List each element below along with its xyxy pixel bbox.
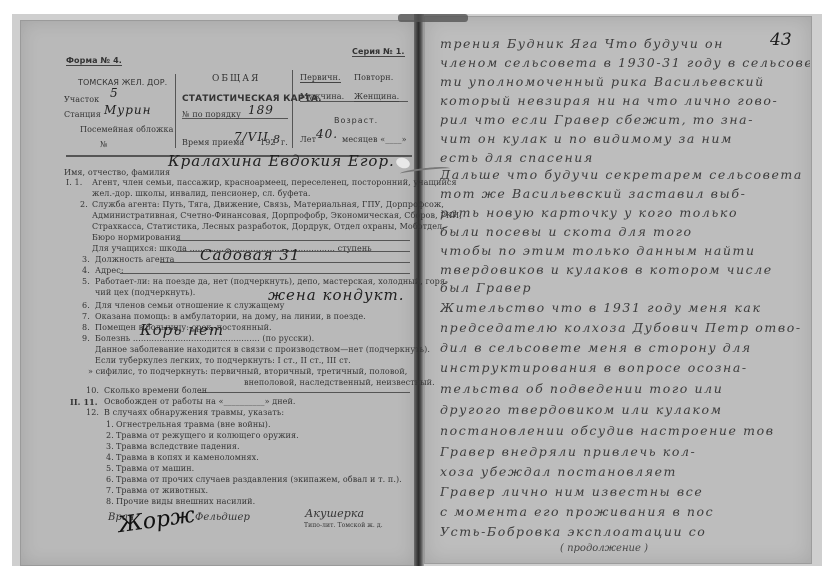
item-number: 2. xyxy=(80,200,88,209)
patient-name: Кралахина Евдокия Егор. xyxy=(168,152,395,170)
handwritten-line: дил в сельсовете меня в сторону для xyxy=(440,340,810,355)
handwritten-line: членом сельсовета в 1930-31 году в сельс… xyxy=(440,55,810,70)
item-number: 8. xyxy=(82,323,90,332)
item-number: 7. xyxy=(106,486,114,495)
item-number: 4. xyxy=(82,266,90,275)
female-option: Женщина. xyxy=(354,92,399,102)
item-number: 7. xyxy=(82,312,90,321)
primary-visit-option: Первичн. xyxy=(300,73,341,83)
item-number: II. 11. xyxy=(70,397,98,407)
handwritten-line: хоза убеждал постановляет xyxy=(440,464,810,479)
card-title-line1: ОБЩАЯ xyxy=(212,74,260,84)
years-label: Лет xyxy=(300,135,316,144)
handwritten-line: рил что если Гравер сбежит, то зна- xyxy=(440,112,810,127)
series-number: Серия № 1. xyxy=(352,47,405,57)
handwritten-line: чтобы по этим только данным найти xyxy=(440,243,810,258)
trauma-type: Травма от машин. xyxy=(116,464,194,473)
item-number: 5. xyxy=(106,464,114,473)
printer-imprint: Типо-лит. Томской ж. д. xyxy=(304,522,383,529)
item-norming-bureau: Бюро нормирования xyxy=(92,233,181,242)
item-patient-category: Агент, член семьи, пассажир, красноармее… xyxy=(92,178,457,187)
item-syphilis-cont: внеполовой, наследственный, неизвестный. xyxy=(244,378,435,387)
trauma-type: Травма от режущего и колющего оружия. xyxy=(116,431,299,440)
handwritten-line: инструктирования в вопросе осозна- xyxy=(440,360,810,375)
item-patient-category-cont: жел.-дор. школы, инвалид, пенсионер, сл.… xyxy=(92,189,311,198)
handwritten-line: постановлении обсудив настроение тов xyxy=(440,423,810,438)
header-divider-right xyxy=(292,70,293,148)
midwife-label: Акушерка xyxy=(305,507,364,520)
section-label: Участок xyxy=(64,95,99,104)
trauma-type: Травма от прочих случаев раздавления (эк… xyxy=(116,475,402,484)
item-number: 3. xyxy=(106,442,114,451)
item-number: 2. xyxy=(106,431,114,440)
item-number: 1. xyxy=(106,420,114,429)
handwritten-line: рать новую карточку у кого только xyxy=(440,205,810,220)
repeat-visit-option: Повторн. xyxy=(354,73,393,82)
male-option: Мужчина. xyxy=(300,92,344,101)
item-number: I. 1. xyxy=(66,178,82,187)
trauma-type: Огнестрельная травма (вне войны). xyxy=(116,420,271,429)
item-syphilis: » сифилис, то подчеркнуть: первичный, вт… xyxy=(88,367,407,376)
binding-spine xyxy=(414,14,424,566)
relation-value: жена кондукт. xyxy=(268,286,405,304)
form-number: Форма № 4. xyxy=(66,56,122,66)
handwritten-line: Дальше что будучи секретарем сельсовета xyxy=(440,167,810,182)
age-label: Возраст. xyxy=(334,116,378,125)
handwritten-line: ти уполномоченный рика Васильевский xyxy=(440,74,810,89)
field-line xyxy=(160,262,410,263)
header-divider-left xyxy=(175,74,176,148)
station-label: Станция xyxy=(64,110,101,119)
feldsher-label: Фельдшер xyxy=(195,512,250,523)
item-family-relation: Для членов семьи отношение к служащему xyxy=(95,301,285,310)
item-agent-service-cont: Страхкасса, Статистика, Лесных разработо… xyxy=(92,222,445,231)
handwritten-line: твердовиков и кулаков в котором числе xyxy=(440,262,810,277)
item-number: 6. xyxy=(82,301,90,310)
item-help-provided: Оказана помощь: в амбулатории, на дому, … xyxy=(95,312,366,321)
item-works-on: Работает-ли: на поезде да, нет (подчеркн… xyxy=(95,277,448,286)
family-cover-label: Посемейная обложка xyxy=(80,125,173,134)
binding-clip xyxy=(398,14,468,22)
item-number: 3. xyxy=(82,255,90,264)
order-number-label: № по порядку xyxy=(182,110,241,119)
handwritten-line: есть для спасения xyxy=(440,150,810,165)
family-cover-number-label: № xyxy=(100,140,108,149)
item-agent-service: Служба агента: Путь, Тяга, Движение, Свя… xyxy=(92,200,444,209)
continuation-note: ( продолжение ) xyxy=(560,543,648,554)
field-line xyxy=(198,392,410,393)
field-line xyxy=(120,273,410,274)
field-line xyxy=(176,240,410,241)
item-number: 12. xyxy=(86,408,99,417)
years-value: 40. xyxy=(316,127,338,141)
handwritten-line: другого твердовиком или кулаком xyxy=(440,402,810,417)
item-number: 8. xyxy=(106,497,114,506)
handwritten-line: тельства об подведении того или xyxy=(440,381,810,396)
handwritten-line: который невзирая ни на что лично гово- xyxy=(440,93,810,108)
item-occupational: Данное заболевание находится в связи с п… xyxy=(95,345,430,354)
handwritten-line: Гравер внедряли привлечь кол- xyxy=(440,444,810,459)
railway-name: ТОМСКАЯ ЖЕЛ. ДОР. xyxy=(78,78,167,87)
item-work-release: Освобожден от работы на «__________» дне… xyxy=(104,397,296,406)
item-works-on-cont: чий цех (подчеркнуть). xyxy=(95,288,195,297)
handwritten-line: были посевы и скота для того xyxy=(440,224,810,239)
handwritten-line: был Гравер xyxy=(440,280,810,295)
disease-value: Корь нет xyxy=(140,321,224,339)
item-trauma-header: В случаях обнаружения травмы, указать: xyxy=(104,408,284,417)
item-number: 10. xyxy=(86,386,99,395)
section-value: 5 xyxy=(110,86,119,100)
item-illness-duration: Сколько времени болен xyxy=(104,386,207,395)
name-label: Имя, отчество, фамилия xyxy=(64,168,170,177)
handwritten-line: трения Будник Яга Что будучи он xyxy=(440,36,810,51)
handwritten-line: с момента его проживания в пос xyxy=(440,504,810,519)
reception-year-value: 8 xyxy=(273,133,280,146)
item-number: 5. xyxy=(82,277,90,286)
station-value: Мурин xyxy=(104,103,152,117)
trauma-type: Травма в копях и каменоломнях. xyxy=(116,453,259,462)
handwritten-line: тот же Васильевский заставил выб- xyxy=(440,186,810,201)
item-agent-service-cont: Административная, Счетно-Финансовая, Дор… xyxy=(92,211,462,220)
handwritten-line: председателю колхоза Дубович Петр отво- xyxy=(440,320,810,335)
handwritten-line: Гравер лично ним известны все xyxy=(440,484,810,499)
handwritten-line: Жительство что в 1931 году меня как xyxy=(440,300,810,315)
item-tuberculosis: Если туберкулез легких, то подчеркнуть: … xyxy=(95,356,351,365)
handwritten-line: Усть-Бобровка эксплоатации со xyxy=(440,524,810,539)
item-number: 4. xyxy=(106,453,114,462)
order-number-value: 189 xyxy=(248,103,274,117)
item-number: 6. xyxy=(106,475,114,484)
reception-year-suffix: г. xyxy=(281,138,288,147)
item-number: 9. xyxy=(82,334,90,343)
trauma-type: Травма вследствие падения. xyxy=(116,442,240,451)
handwritten-line: чит он кулак и по видимому за ним xyxy=(440,131,810,146)
months-label: месяцев «____» xyxy=(342,135,407,144)
trauma-type: Травма от животных. xyxy=(116,486,208,495)
